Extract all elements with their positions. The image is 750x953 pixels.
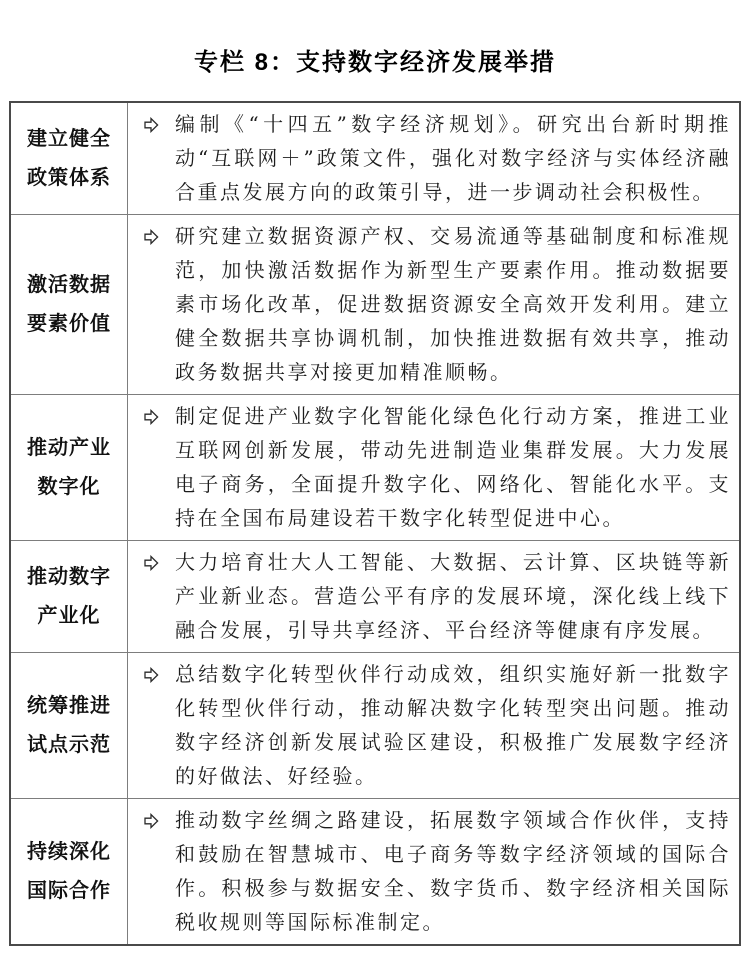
row-header-line: 试点示范 xyxy=(27,726,111,765)
table-row: 统筹推进 试点示范 总结数字化转型伙伴行动成效，组织实施好新一批数字化转型伙伴行… xyxy=(11,652,739,798)
row-header-line: 统筹推进 xyxy=(27,687,111,726)
row-header-line: 要素价值 xyxy=(27,305,111,344)
row-content: 编制《“十四五”数字经济规划》。研究出台新时期推动“互联网＋”政策文件，强化对数… xyxy=(128,103,739,214)
row-header: 推动数字 产业化 xyxy=(11,541,128,652)
row-content: 制定促进产业数字化智能化绿色化行动方案，推进工业互联网创新发展，带动先进制造业集… xyxy=(128,395,739,540)
hollow-right-arrow-icon xyxy=(144,667,159,683)
row-content: 大力培育壮大人工智能、大数据、云计算、区块链等新产业新业态。营造公平有序的发展环… xyxy=(128,541,739,652)
row-content: 总结数字化转型伙伴行动成效，组织实施好新一批数字化转型伙伴行动，推动解决数字化转… xyxy=(128,653,739,798)
measures-table: 建立健全 政策体系 编制《“十四五”数字经济规划》。研究出台新时期推动“互联网＋… xyxy=(9,101,741,946)
table-row: 推动产业 数字化 制定促进产业数字化智能化绿色化行动方案，推进工业互联网创新发展… xyxy=(11,394,739,540)
row-header: 推动产业 数字化 xyxy=(11,395,128,540)
measure-text: 总结数字化转型伙伴行动成效，组织实施好新一批数字化转型伙伴行动，推动解决数字化转… xyxy=(175,657,731,793)
row-header-line: 政策体系 xyxy=(27,159,111,198)
hollow-right-arrow-icon xyxy=(144,813,159,829)
row-header-line: 产业化 xyxy=(38,597,101,636)
hollow-right-arrow-icon xyxy=(144,555,159,571)
hollow-right-arrow-icon xyxy=(144,117,159,133)
document-page: 专栏 8：支持数字经济发展举措 建立健全 政策体系 编制《“十四五”数字经济规划… xyxy=(0,0,750,953)
hollow-right-arrow-icon xyxy=(144,229,159,245)
table-row: 建立健全 政策体系 编制《“十四五”数字经济规划》。研究出台新时期推动“互联网＋… xyxy=(11,103,739,214)
row-header-line: 建立健全 xyxy=(27,120,111,159)
row-header-line: 推动数字 xyxy=(27,558,111,597)
row-content: 推动数字丝绸之路建设，拓展数字领域合作伙伴，支持和鼓励在智慧城市、电子商务等数字… xyxy=(128,799,739,944)
measure-text: 制定促进产业数字化智能化绿色化行动方案，推进工业互联网创新发展，带动先进制造业集… xyxy=(175,399,731,535)
row-header: 统筹推进 试点示范 xyxy=(11,653,128,798)
row-header: 持续深化 国际合作 xyxy=(11,799,128,944)
measure-text: 推动数字丝绸之路建设，拓展数字领域合作伙伴，支持和鼓励在智慧城市、电子商务等数字… xyxy=(175,803,731,939)
page-title: 专栏 8：支持数字经济发展举措 xyxy=(0,0,750,77)
row-content: 研究建立数据资源产权、交易流通等基础制度和标准规范，加快激活数据作为新型生产要素… xyxy=(128,215,739,394)
measure-text: 编制《“十四五”数字经济规划》。研究出台新时期推动“互联网＋”政策文件，强化对数… xyxy=(175,107,731,209)
table-row: 推动数字 产业化 大力培育壮大人工智能、大数据、云计算、区块链等新产业新业态。营… xyxy=(11,540,739,652)
measure-text: 大力培育壮大人工智能、大数据、云计算、区块链等新产业新业态。营造公平有序的发展环… xyxy=(175,545,731,647)
row-header: 建立健全 政策体系 xyxy=(11,103,128,214)
row-header-line: 数字化 xyxy=(38,468,101,507)
row-header-line: 国际合作 xyxy=(27,872,111,911)
row-header-line: 激活数据 xyxy=(27,266,111,305)
hollow-right-arrow-icon xyxy=(144,409,159,425)
table-row: 持续深化 国际合作 推动数字丝绸之路建设，拓展数字领域合作伙伴，支持和鼓励在智慧… xyxy=(11,798,739,944)
table-row: 激活数据 要素价值 研究建立数据资源产权、交易流通等基础制度和标准规范，加快激活… xyxy=(11,214,739,394)
row-header-line: 推动产业 xyxy=(27,429,111,468)
row-header-line: 持续深化 xyxy=(27,833,111,872)
row-header: 激活数据 要素价值 xyxy=(11,215,128,394)
measure-text: 研究建立数据资源产权、交易流通等基础制度和标准规范，加快激活数据作为新型生产要素… xyxy=(175,219,731,389)
